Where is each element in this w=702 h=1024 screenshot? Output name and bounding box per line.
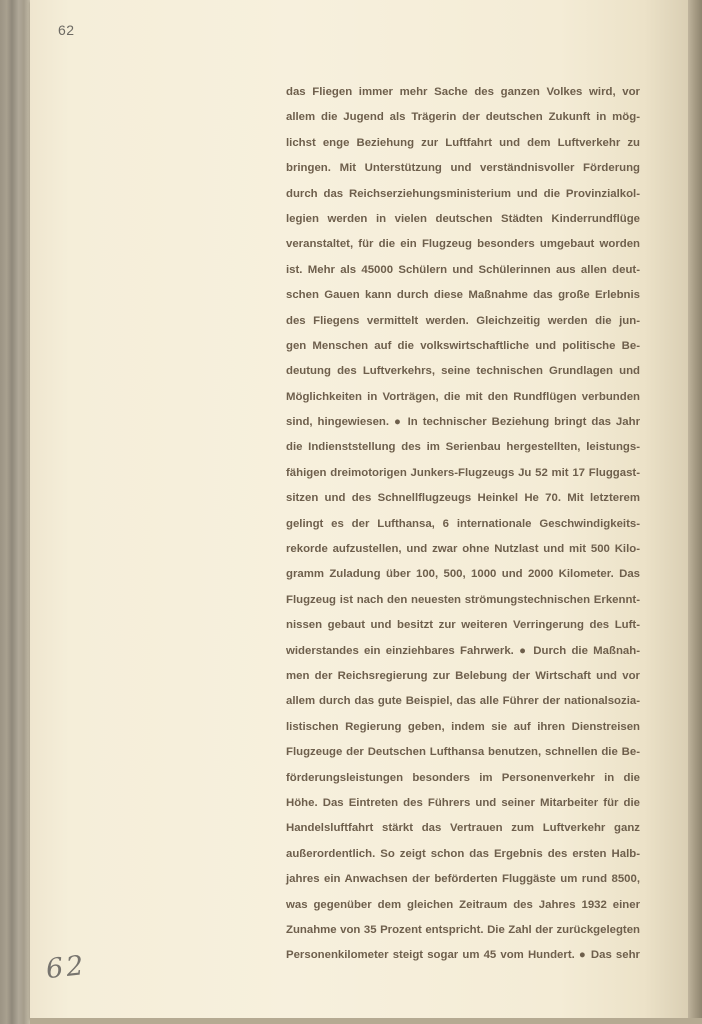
text-line: Flugzeug ist nach den neuesten strömungs… xyxy=(286,588,640,613)
text-line: widerstandes ein einziehbares Fahrwerk. … xyxy=(286,639,640,664)
text-line: veranstaltet, für die ein Flugzeug beson… xyxy=(286,232,640,257)
text-line: fähigen dreimotorigen Junkers-Flugzeugs … xyxy=(286,461,640,486)
page-stack-edge xyxy=(688,0,702,1024)
text-line: bringen. Mit Unterstützung und verständn… xyxy=(286,156,640,181)
text-line: gramm Zuladung über 100, 500, 1000 und 2… xyxy=(286,562,640,587)
page-bottom-edge xyxy=(30,1018,702,1024)
text-line: gen Menschen auf die volkswirtschaftlich… xyxy=(286,334,640,359)
text-line: jahres ein Anwachsen der beförderten Flu… xyxy=(286,867,640,892)
text-line: des Fliegens vermittelt werden. Gleichze… xyxy=(286,309,640,334)
text-line: deutung des Luftverkehrs, seine technisc… xyxy=(286,359,640,384)
text-line: Handelsluftfahrt stärkt das Vertrauen zu… xyxy=(286,816,640,841)
text-line: listischen Regierung geben, indem sie au… xyxy=(286,715,640,740)
text-line: nissen gebaut und besitzt zur weiteren V… xyxy=(286,613,640,638)
text-line: schen Gauen kann durch diese Maßnahme da… xyxy=(286,283,640,308)
text-line: Personenkilometer steigt sogar um 45 vom… xyxy=(286,943,640,968)
text-line: Höhe. Das Eintreten des Führers und sein… xyxy=(286,791,640,816)
text-line: was gegenüber dem gleichen Zeitraum des … xyxy=(286,893,640,918)
text-line: die Indienststellung des im Serienbau he… xyxy=(286,435,640,460)
text-line: allem durch das gute Beispiel, das alle … xyxy=(286,689,640,714)
text-line: ist. Mehr als 45000 Schülern und Schüler… xyxy=(286,258,640,283)
text-line: legien werden in vielen deutschen Städte… xyxy=(286,207,640,232)
text-line: außerordentlich. So zeigt schon das Erge… xyxy=(286,842,640,867)
page-number: 62 xyxy=(58,22,75,38)
text-line: Flugzeuge der Deutschen Lufthansa benutz… xyxy=(286,740,640,765)
body-text-column: das Fliegen immer mehr Sache des ganzen … xyxy=(286,80,640,969)
book-spine-edge xyxy=(0,0,34,1024)
text-line: allem die Jugend als Trägerin der deutsc… xyxy=(286,105,640,130)
handwritten-page-mark: 62 xyxy=(44,950,87,985)
text-line: durch das Reichserziehungsministerium un… xyxy=(286,182,640,207)
text-line: Zunahme von 35 Prozent entspricht. Die Z… xyxy=(286,918,640,943)
text-line: rekorde aufzustellen, und zwar ohne Nutz… xyxy=(286,537,640,562)
text-line: Möglichkeiten in Vorträgen, die mit den … xyxy=(286,385,640,410)
text-line: förderungsleistungen besonders im Person… xyxy=(286,766,640,791)
text-line: sind, hingewiesen. ● In technischer Bezi… xyxy=(286,410,640,435)
text-line: das Fliegen immer mehr Sache des ganzen … xyxy=(286,80,640,105)
text-line: gelingt es der Lufthansa, 6 internationa… xyxy=(286,512,640,537)
text-line: lichst enge Beziehung zur Luftfahrt und … xyxy=(286,131,640,156)
text-line: sitzen und des Schnellflugzeugs Heinkel … xyxy=(286,486,640,511)
text-line: men der Reichsregierung zur Belebung der… xyxy=(286,664,640,689)
